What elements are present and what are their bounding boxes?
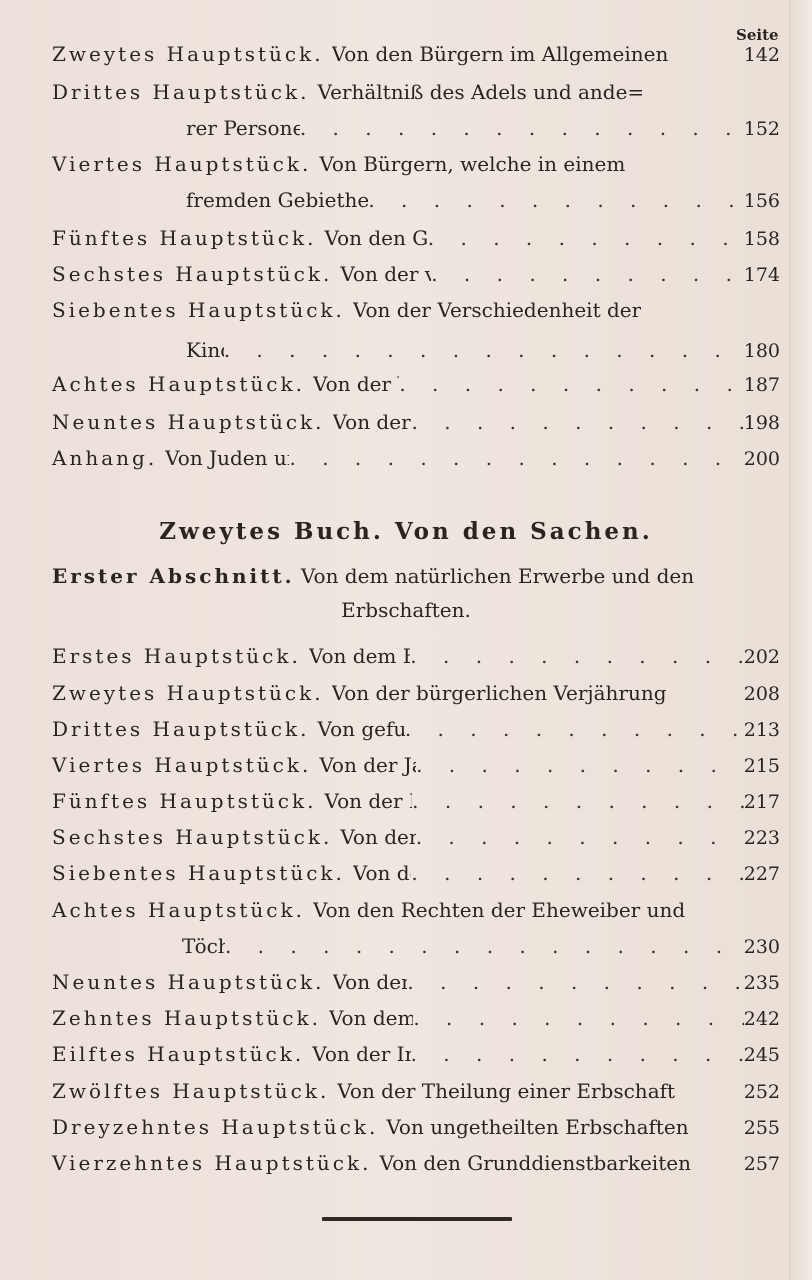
toc-entry: Sechstes Hauptstück. Von den Handwerken … (52, 825, 780, 855)
entry-head: Anhang. (52, 446, 157, 470)
toc-entry: Achtes Hauptstück. Von den Rechten der E… (52, 898, 780, 928)
leader-dots: . . . . . . . . . . . . . . . . . . . . … (416, 753, 744, 777)
leader-dots: . . . . . . . . . . . . . . . . . . . . … (405, 717, 744, 741)
toc-entry: Dreyzehntes Hauptstück. Von ungetheilten… (52, 1115, 780, 1145)
page-number: 174 (744, 264, 780, 286)
page-number: 227 (744, 863, 780, 885)
entry-head: Sechstes Hauptstück. (52, 825, 332, 849)
page-number: 217 (744, 791, 780, 813)
entry-head: Viertes Hauptstück. (52, 753, 311, 777)
end-rule-divider (322, 1217, 512, 1221)
page-number: 156 (744, 190, 780, 212)
leader-dots: . . . . . . . . . . . . . . . . . . . . … (399, 372, 743, 396)
toc-entry: Vierzehntes Hauptstück. Von den Grunddie… (52, 1151, 780, 1181)
entry-title-cont: Kinder (186, 338, 224, 362)
toc-entry: Zwölftes Hauptstück. Von der Theilung ei… (52, 1079, 780, 1109)
entry-title: Von gefundenen Sachen (317, 717, 404, 741)
toc-entry: Siebentes Hauptstück. Von dem Handel . .… (52, 861, 780, 891)
entry-head: Achtes Hauptstück. (52, 372, 305, 396)
entry-title: Von der bürgerlichen Verjährung (332, 681, 667, 705)
leader-dots: . . . . . . . . . . . . . . . . . . . . … (411, 861, 743, 885)
entry-title: Von der Verschiedenheit der (353, 298, 641, 322)
entry-title: Von dem Besitze der Sachen (309, 644, 410, 668)
toc-entry: Viertes Hauptstück. Von der Jagd und Fis… (52, 753, 780, 783)
leader-dots: . . . . . . . . . . . . . . . . . . . . … (368, 188, 743, 212)
page-number: 257 (732, 1153, 780, 1175)
entry-head: Neuntes Hauptstück. (52, 410, 325, 434)
entry-title: Von ungetheilten Erbschaften (386, 1115, 688, 1139)
toc-entry: Neuntes Hauptstück. Von dem Testamente .… (52, 970, 780, 1000)
section-heading: Erster Abschnitt. Von dem natürlichen Er… (52, 564, 694, 588)
entry-title: Von dem Handel (353, 861, 412, 885)
toc-entry: Zweytes Hauptstück. Von den Bürgern im A… (52, 42, 780, 72)
entry-head: Viertes Hauptstück. (52, 152, 311, 176)
entry-title-cont: Töchter (182, 934, 225, 958)
page-number: 230 (744, 936, 780, 958)
entry-title: Von den Gebräuchen der Ehen (324, 226, 427, 250)
entry-head: Neuntes Hauptstück. (52, 970, 325, 994)
page-number: 252 (732, 1081, 780, 1103)
entry-head: Drittes Hauptstück. (52, 80, 309, 104)
toc-entry-continuation: rer Personen in Städten . . . . . . . . … (186, 116, 780, 146)
leader-dots: . . . . . . . . . . . . . . . . . . . . … (428, 226, 744, 250)
page-number: 245 (744, 1044, 780, 1066)
leader-dots: . . . . . . . . . . . . . . . . . . . . … (407, 970, 743, 994)
section-head: Erster Abschnitt. (52, 564, 295, 588)
entry-head: Erstes Hauptstück. (52, 644, 301, 668)
entry-head: Siebentes Hauptstück. (52, 298, 345, 322)
toc-entry: Neuntes Hauptstück. Von der Herrengewalt… (52, 410, 780, 440)
page-number: 198 (744, 412, 780, 434)
page-number: 215 (744, 755, 780, 777)
page-number: 235 (744, 972, 780, 994)
page-number: 142 (732, 44, 780, 66)
toc-entry: Drittes Hauptstück. Von gefundenen Sache… (52, 717, 780, 747)
leader-dots: . . . . . . . . . . . . . . . . . . . . … (431, 262, 744, 286)
toc-entry: Drittes Hauptstück. Verhältniß des Adels… (52, 80, 780, 110)
toc-entry-continuation: fremden Gebiethe Grund und Boden besitze… (186, 188, 780, 218)
entry-title: Von Juden und Zigeunern (165, 446, 289, 470)
entry-title-cont: fremden Gebiethe Grund und Boden besitze… (186, 188, 368, 212)
entry-head: Siebentes Hauptstück. (52, 861, 345, 885)
entry-head: Vierzehntes Hauptstück. (52, 1151, 371, 1175)
toc-entry: Siebentes Hauptstück. Von der Verschiede… (52, 298, 780, 328)
toc-entry: Sechstes Hauptstück. Von der väterlichen… (52, 262, 780, 292)
entry-head: Fünftes Hauptstück. (52, 226, 316, 250)
toc-entry: Fünftes Hauptstück. Von der Landwirthsch… (52, 789, 780, 819)
toc-entry: Zweytes Hauptstück. Von der bürgerlichen… (52, 681, 780, 711)
entry-head: Zehntes Hauptstück. (52, 1006, 321, 1030)
entry-title: Von der Landwirthschaft (324, 789, 412, 813)
toc-entry: Fünftes Hauptstück. Von den Gebräuchen d… (52, 226, 780, 256)
page-number: 187 (744, 374, 780, 396)
entry-title: Von der Intestat = Erbfolge (312, 1042, 410, 1066)
entry-head: Fünftes Hauptstück. (52, 789, 316, 813)
leader-dots: . . . . . . . . . . . . . . . . . . . . … (410, 644, 743, 668)
page-number: 223 (744, 827, 780, 849)
leader-dots: . . . . . . . . . . . . . . . . . . . . … (289, 446, 743, 470)
entry-title: Von dem Testamente (333, 970, 408, 994)
leader-dots: . . . . . . . . . . . . . . . . . . . . … (225, 934, 744, 958)
page-number: 242 (744, 1008, 780, 1030)
toc-entry: Viertes Hauptstück. Von Bürgern, welche … (52, 152, 780, 182)
page-number: 202 (744, 646, 780, 668)
book-heading: Zweytes Buch. Von den Sachen. (0, 518, 812, 545)
entry-head: Dreyzehntes Hauptstück. (52, 1115, 378, 1139)
leader-dots: . . . . . . . . . . . . . . . . . . . . … (411, 1042, 744, 1066)
leader-dots: . . . . . . . . . . . . . . . . . . . . … (416, 825, 744, 849)
page-number: 200 (744, 448, 780, 470)
entry-head: Sechstes Hauptstück. (52, 262, 332, 286)
page-number: 255 (732, 1117, 780, 1139)
leader-dots: . . . . . . . . . . . . . . . . . . . . … (412, 410, 744, 434)
toc-entry: Achtes Hauptstück. Von der Vormundschaft… (52, 372, 780, 402)
entry-head: Drittes Hauptstück. (52, 717, 309, 741)
page-edge (789, 0, 812, 1280)
entry-head: Zweytes Hauptstück. (52, 42, 324, 66)
page-number: 158 (744, 228, 780, 250)
entry-title: Von der Herrengewalt (333, 410, 412, 434)
entry-title: Von der Jagd und Fischerey (319, 753, 416, 777)
entry-title: Von den Bürgern im Allgemeinen (332, 42, 669, 66)
entry-title: Verhältniß des Adels und ande= (317, 80, 644, 104)
entry-head: Zwölftes Hauptstück. (52, 1079, 329, 1103)
entry-head: Eilftes Hauptstück. (52, 1042, 304, 1066)
entry-title: Von Bürgern, welche in einem (319, 152, 625, 176)
entry-title: Von dem Vermächtnisse (329, 1006, 413, 1030)
leader-dots: . . . . . . . . . . . . . . . . . . . . … (413, 1006, 743, 1030)
leader-dots: . . . . . . . . . . . . . . . . . . . . … (412, 789, 744, 813)
page-number: 208 (732, 683, 780, 705)
entry-title: Von der väterlichen Gewalt (340, 262, 431, 286)
toc-entry-continuation: Töchter . . . . . . . . . . . . . . . . … (182, 934, 780, 964)
toc-entry: Zehntes Hauptstück. Von dem Vermächtniss… (52, 1006, 780, 1036)
entry-head: Achtes Hauptstück. (52, 898, 305, 922)
entry-title-cont: rer Personen in Städten (186, 116, 300, 140)
section-title-cont: Erbschaften. (0, 598, 812, 622)
toc-entry-continuation: Kinder . . . . . . . . . . . . . . . . .… (186, 338, 780, 368)
entry-title: Von der Vormundschaft (313, 372, 399, 396)
entry-head: Zweytes Hauptstück. (52, 681, 324, 705)
leader-dots: . . . . . . . . . . . . . . . . . . . . … (300, 116, 744, 140)
page-number: 180 (744, 340, 780, 362)
leader-dots: . . . . . . . . . . . . . . . . . . . . … (224, 338, 744, 362)
page-number: 152 (744, 118, 780, 140)
entry-title: Von der Theilung einer Erbschaft (337, 1079, 675, 1103)
toc-entry: Erstes Hauptstück. Von dem Besitze der S… (52, 644, 780, 674)
section-title: Von dem natürlichen Erwerbe und den (301, 564, 694, 588)
entry-title: Von den Handwerken (340, 825, 415, 849)
entry-title: Von den Grunddienstbarkeiten (379, 1151, 690, 1175)
toc-entry: Anhang. Von Juden und Zigeunern . . . . … (52, 446, 780, 476)
toc-entry: Eilftes Hauptstück. Von der Intestat = E… (52, 1042, 780, 1072)
entry-title: Von den Rechten der Eheweiber und (313, 898, 685, 922)
page-number: 213 (744, 719, 780, 741)
